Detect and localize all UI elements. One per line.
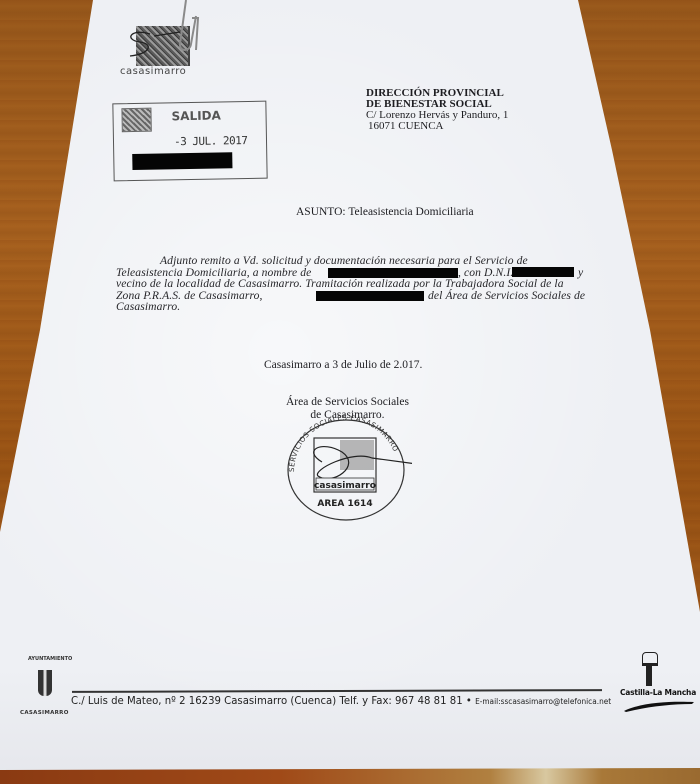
- wooden-table-edge: [0, 768, 700, 784]
- official-seal-icon: SERVICIOS SOCIALES CASASIMARRO casasimar…: [282, 410, 412, 522]
- subject-label: ASUNTO:: [296, 206, 346, 218]
- logo-caption: casasimarro: [120, 66, 186, 77]
- body-line-3: vecino de la localidad de Casasimarro. T…: [116, 278, 564, 290]
- crest-bar-icon: [646, 664, 652, 686]
- subject-value: Teleasistencia Domiciliaria: [348, 206, 473, 218]
- recipient-line-4: 16071 CUENCA: [366, 121, 508, 132]
- stamp-date: -3 JUL. 2017: [174, 134, 248, 148]
- stamp-title: SALIDA: [171, 108, 221, 123]
- redacted-registration-number: [132, 152, 232, 170]
- redacted-name: [328, 268, 458, 278]
- footer-email: E-mail:sscasasimarro@telefonica.net: [475, 697, 611, 706]
- castilla-la-mancha-logo: Castilla-La Mancha: [614, 652, 698, 716]
- footer-bullet: •: [466, 694, 472, 707]
- footer-address: C./ Luis de Mateo, nº 2 16239 Casasimarr…: [71, 694, 463, 707]
- ayuntamiento-logo: AYUNTAMIENTO CASASIMARRO: [20, 654, 70, 718]
- stamp-logo-icon: [121, 108, 151, 133]
- body-line-1: Adjunto remito a Vd. solicitud y documen…: [160, 255, 528, 267]
- signatory-line-1: Área de Servicios Sociales: [286, 396, 409, 409]
- redacted-social-worker-name: [316, 291, 424, 301]
- subject-line: ASUNTO: Teleasistencia Domiciliaria: [296, 206, 474, 218]
- body-line-5: Casasimarro.: [116, 301, 180, 313]
- recipient-address: DIRECCIÓN PROVINCIAL DE BIENESTAR SOCIAL…: [366, 88, 508, 132]
- letter-page: casasimarro SALIDA -3 JUL. 2017 DIRECCIÓ…: [0, 0, 700, 784]
- town-name-label: CASASIMARRO: [20, 710, 69, 716]
- footer-contact: C./ Luis de Mateo, nº 2 16239 Casasimarr…: [71, 694, 611, 707]
- brush-swoosh-icon: [622, 700, 694, 712]
- redacted-dni: [512, 267, 574, 277]
- region-name: Castilla-La Mancha: [620, 688, 696, 697]
- letter-body: Adjunto remito a Vd. solicitud y documen…: [116, 255, 584, 313]
- town-crest-icon: [38, 670, 52, 696]
- paperclip-icon: [176, 0, 236, 60]
- ayuntamiento-label: AYUNTAMIENTO: [28, 656, 72, 662]
- salida-stamp: SALIDA -3 JUL. 2017: [112, 101, 267, 182]
- place-and-date: Casasimarro a 3 de Julio de 2.017.: [264, 359, 422, 371]
- svg-text:AREA 1614: AREA 1614: [317, 499, 372, 509]
- body-line-4b: del Área de Servicios Sociales de: [428, 290, 585, 302]
- svg-text:casasimarro: casasimarro: [314, 481, 376, 491]
- body-line-2c: y: [578, 267, 583, 279]
